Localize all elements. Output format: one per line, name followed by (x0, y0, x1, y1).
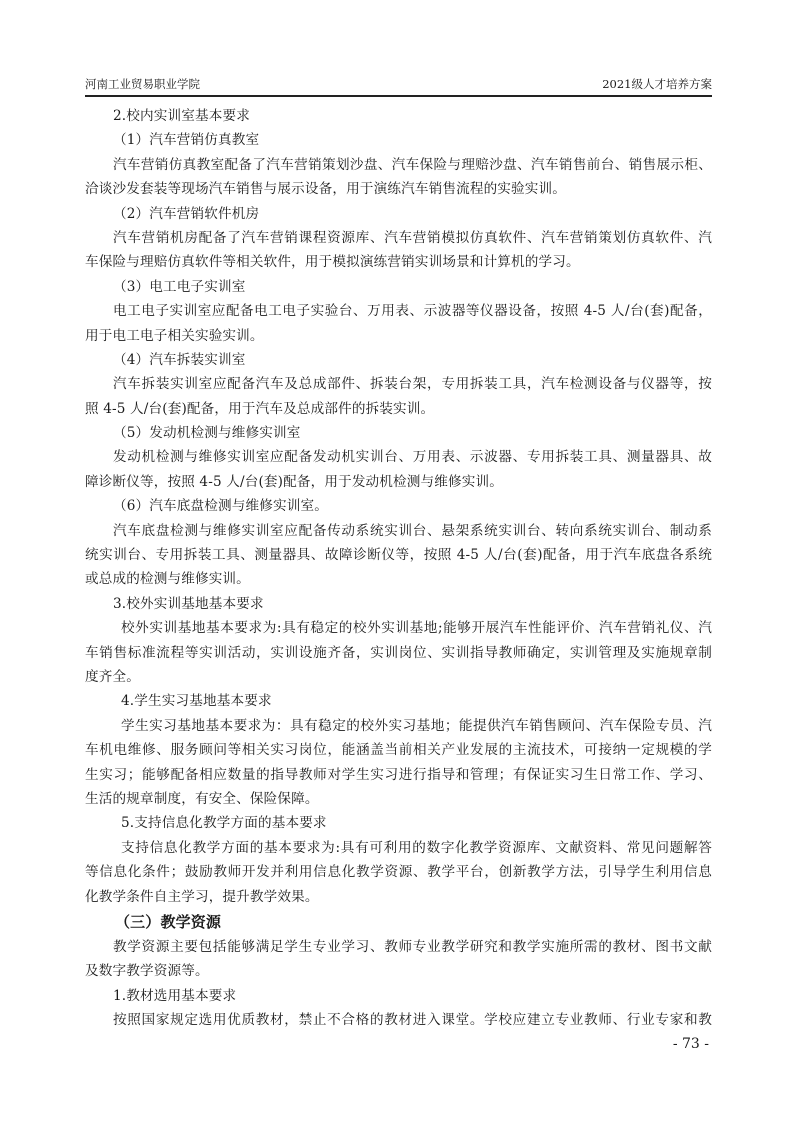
text-line: 车销售标准流程等实训活动，实训设施齐备，实训岗位、实训指导教师确定，实训管理及实… (85, 641, 712, 665)
text-line: 及数字教学资源等。 (85, 959, 712, 983)
text-line: 或总成的检测与维修实训。 (85, 567, 712, 591)
text-line: 教学资源主要包括能够满足学生专业学习、教师专业教学研究和教学实施所需的教材、图书… (85, 935, 712, 959)
text-line: 按照国家规定选用优质教材，禁止不合格的教材进入课堂。学校应建立专业教师、行业专家… (85, 1008, 712, 1032)
text-line: （2）汽车营销软件机房 (85, 202, 712, 226)
text-line: （5）发动机检测与维修实训室 (85, 421, 712, 445)
text-line: （6）汽车底盘检测与维修实训室。 (85, 494, 712, 518)
document-body: 2.校内实训室基本要求（1）汽车营销仿真教室汽车营销仿真教室配备了汽车营销策划沙… (85, 104, 712, 1032)
text-line: 汽车营销机房配备了汽车营销课程资源库、汽车营销模拟仿真软件、汽车营销策划仿真软件… (85, 226, 712, 250)
text-line: 支持信息化教学方面的基本要求为:具有可利用的数字化教学资源库、文献资料、常见问题… (85, 836, 712, 860)
text-line: 电工电子实训室应配备电工电子实验台、万用表、示波器等仪器设备，按照 4-5 人/… (85, 299, 712, 323)
header-institution: 河南工业贸易职业学院 (85, 76, 200, 92)
text-line: 化教学条件自主学习，提升教学效果。 (85, 885, 712, 909)
text-line: 照 4-5 人/台(套)配备，用于汽车及总成部件的拆装实训。 (85, 397, 712, 421)
text-line: 5.支持信息化教学方面的基本要求 (85, 811, 712, 835)
text-line: （3）电工电子实训室 (85, 275, 712, 299)
text-line: 汽车拆装实训室应配备汽车及总成部件、拆装台架，专用拆装工具，汽车检测设备与仪器等… (85, 372, 712, 396)
text-line: 汽车底盘检测与维修实训室应配备传动系统实训台、悬架系统实训台、转向系统实训台、制… (85, 519, 712, 543)
text-line: 学生实习基地基本要求为：具有稳定的校外实习基地；能提供汽车销售顾问、汽车保险专员… (85, 714, 712, 738)
text-line: 3.校外实训基地基本要求 (85, 592, 712, 616)
header-doc-title: 2021级人才培养方案 (602, 76, 712, 92)
text-line: 校外实训基地基本要求为:具有稳定的校外实训基地;能够开展汽车性能评价、汽车营销礼… (85, 616, 712, 640)
text-line: 汽车营销仿真教室配备了汽车营销策划沙盘、汽车保险与理赔沙盘、汽车销售前台、销售展… (85, 153, 712, 177)
text-line: 洽谈沙发套装等现场汽车销售与展示设备，用于演练汽车销售流程的实验实训。 (85, 177, 712, 201)
text-line: 1.教材选用基本要求 (85, 984, 712, 1008)
text-line: 生活的规章制度，有安全、保险保障。 (85, 787, 712, 811)
text-line: 2.校内实训室基本要求 (85, 104, 712, 128)
text-line: 用于电工电子相关实验实训。 (85, 324, 712, 348)
text-line: （4）汽车拆装实训室 (85, 348, 712, 372)
text-line: 生实习；能够配备相应数量的指导教师对学生实习进行指导和管理；有保证实习生日常工作… (85, 763, 712, 787)
text-line: 等信息化条件；鼓励教师开发并利用信息化教学资源、教学平台，创新教学方法，引导学生… (85, 860, 712, 884)
text-line: 4.学生实习基地基本要求 (85, 689, 712, 713)
text-line: 统实训台、专用拆装工具、测量器具、故障诊断仪等，按照 4-5 人/台(套)配备，… (85, 543, 712, 567)
text-line: （1）汽车营销仿真教室 (85, 128, 712, 152)
page-header: 河南工业贸易职业学院 2021级人才培养方案 (85, 76, 712, 92)
section-heading: （三）教学资源 (85, 909, 712, 935)
text-line: 车机电维修、服务顾问等相关实习岗位，能涵盖当前相关产业发展的主流技术，可接纳一定… (85, 738, 712, 762)
header-rule (85, 95, 712, 97)
text-line: 车保险与理赔仿真软件等相关软件，用于模拟演练营销实训场景和计算机的学习。 (85, 250, 712, 274)
text-line: 障诊断仪等，按照 4-5 人/台(套)配备，用于发动机检测与维修实训。 (85, 470, 712, 494)
text-line: 发动机检测与维修实训室应配备发动机实训台、万用表、示波器、专用拆装工具、测量器具… (85, 445, 712, 469)
text-line: 度齐全。 (85, 665, 712, 689)
page-number: - 73 - (673, 1036, 709, 1052)
